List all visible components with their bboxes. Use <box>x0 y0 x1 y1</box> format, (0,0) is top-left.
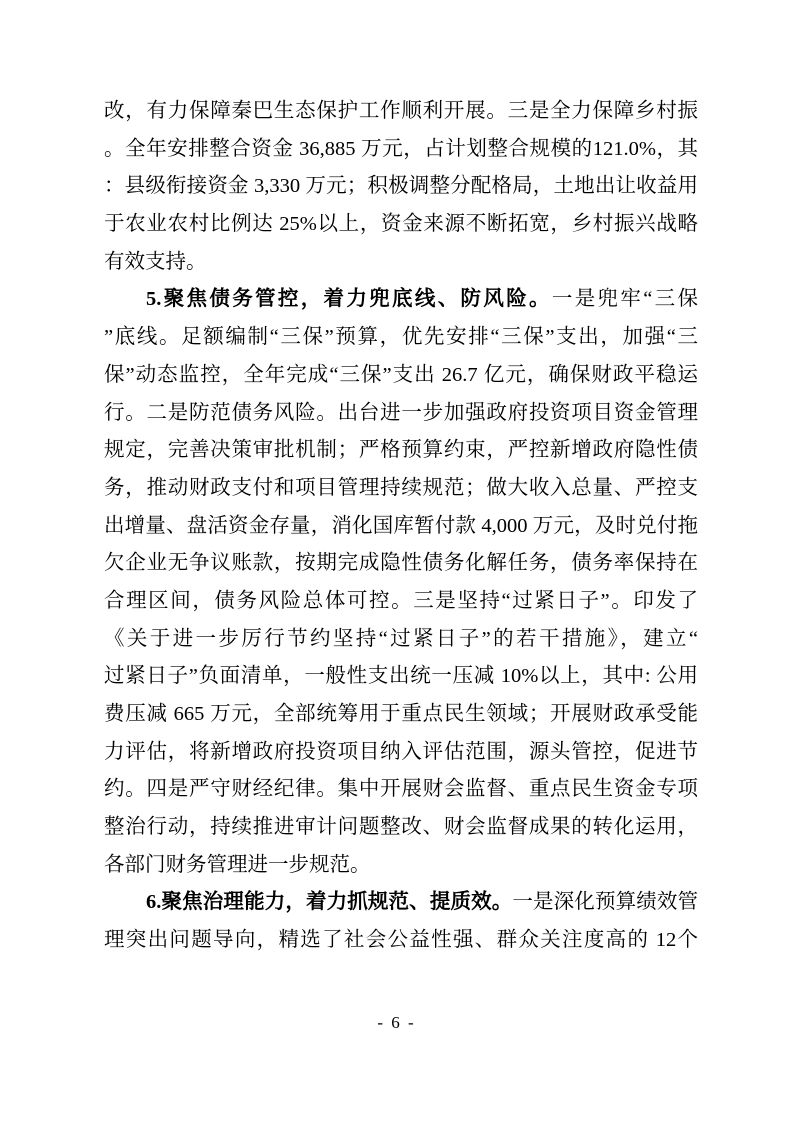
text-line: 合理区间，债务风险总体可控。三是坚持“过紧日子”。印发了 <box>104 583 698 621</box>
text-segment: 。全年安排整合资金 36,885 万元，占计划整合规模的121.0%，其中 <box>104 138 698 169</box>
text-line: 《关于进一步厉行节约坚持“过紧日子”的若干措施》，建立“ <box>104 621 698 659</box>
text-line: 。全年安排整合资金 36,885 万元，占计划整合规模的121.0%，其中 <box>104 131 698 169</box>
text-line: 力评估，将新增政府投资项目纳入评估范围，源头管控，促进节 <box>104 734 698 772</box>
text-segment: 约。四是严守财经纪律。集中开展财会监督、重点民生资金专项 <box>104 778 698 800</box>
text-segment: 有效支持。 <box>104 251 207 273</box>
text-segment: 改，有力保障秦巴生态保护工作顺利开展。三是全力保障乡村振兴 <box>104 100 698 131</box>
text-segment: 出增量、盘活资金存量，消化国库暂付款 4,000 万元，及时兑付拖 <box>104 515 698 537</box>
text-line: 规定，完善决策审批机制；严格预算约束，严控新增政府隐性债 <box>104 432 698 470</box>
text-line: 保”动态监控，全年完成“三保”支出 26.7 亿元，确保财政平稳运 <box>104 357 698 395</box>
text-segment: ：县级衔接资金 3,330 万元；积极调整分配格局，土地出让收益用 <box>104 175 698 197</box>
text-line: 费压减 665 万元，全部统筹用于重点民生领域；开展财政承受能 <box>104 696 698 734</box>
text-segment: 欠企业无争议账款，按期完成隐性债务化解任务，债务率保持在 <box>104 552 698 574</box>
text-segment: ”底线。足额编制“三保”预算，优先安排“三保”支出，加强“三 <box>104 326 698 348</box>
text-line: 6.聚焦治理能力，着力抓规范、提质效。一是深化预算绩效管 <box>104 884 698 922</box>
text-line: 有效支持。 <box>104 244 698 282</box>
heading-segment: 6.聚焦治理能力，着力抓规范、提质效。 <box>146 891 512 913</box>
text-line: ”底线。足额编制“三保”预算，优先安排“三保”支出，加强“三 <box>104 319 698 357</box>
page-number: - 6 - <box>377 1013 415 1032</box>
text-segment: 整治行动，持续推进审计问题整改、财会监督成果的转化运用， <box>104 816 698 838</box>
text-line: 理突出问题导向，精选了社会公益性强、群众关注度高的 12个 <box>104 922 698 960</box>
text-segment: 各部门财务管理进一步规范。 <box>104 854 371 876</box>
text-line: 行。二是防范债务风险。出台进一步加强政府投资项目资金管理 <box>104 395 698 433</box>
text-line: 务，推动财政支付和项目管理持续规范；做大收入总量、严控支 <box>104 470 698 508</box>
text-line: 于农业农村比例达 25%以上，资金来源不断拓宽，乡村振兴战略得到 <box>104 206 698 244</box>
text-line: 过紧日子”负面清单，一般性支出统一压减 10%以上，其中: 公用经 <box>104 658 698 696</box>
text-line: 改，有力保障秦巴生态保护工作顺利开展。三是全力保障乡村振兴 <box>104 93 698 131</box>
text-segment: 力评估，将新增政府投资项目纳入评估范围，源头管控，促进节 <box>104 741 698 763</box>
text-line: 5.聚焦债务管控，着力兜底线、防风险。一是兜牢“三保 <box>104 281 698 319</box>
text-line: 整治行动，持续推进审计问题整改、财会监督成果的转化运用， <box>104 809 698 847</box>
text-line: 各部门财务管理进一步规范。 <box>104 847 698 885</box>
text-line: ：县级衔接资金 3,330 万元；积极调整分配格局，土地出让收益用 <box>104 168 698 206</box>
document-page: 改，有力保障秦巴生态保护工作顺利开展。三是全力保障乡村振兴。全年安排整合资金 3… <box>0 0 793 1122</box>
text-segment: 规定，完善决策审批机制；严格预算约束，严控新增政府隐性债 <box>104 439 698 461</box>
text-segment: 《关于进一步厉行节约坚持“过紧日子”的若干措施》，建立“ <box>104 628 698 650</box>
text-segment: 合理区间，债务风险总体可控。三是坚持“过紧日子”。印发了 <box>104 590 698 612</box>
text-segment: 保”动态监控，全年完成“三保”支出 26.7 亿元，确保财政平稳运 <box>104 364 698 386</box>
text-segment: 过紧日子”负面清单，一般性支出统一压减 10%以上，其中: 公用经 <box>104 665 698 696</box>
text-line: 出增量、盘活资金存量，消化国库暂付款 4,000 万元，及时兑付拖 <box>104 508 698 546</box>
text-segment: 务，推动财政支付和项目管理持续规范；做大收入总量、严控支 <box>104 477 698 499</box>
text-block: 改，有力保障秦巴生态保护工作顺利开展。三是全力保障乡村振兴。全年安排整合资金 3… <box>104 93 698 960</box>
heading-segment: 5.聚焦债务管控，着力兜底线、防风险。 <box>146 288 552 310</box>
text-segment: 理突出问题导向，精选了社会公益性强、群众关注度高的 12个 <box>104 929 698 951</box>
text-line: 约。四是严守财经纪律。集中开展财会监督、重点民生资金专项 <box>104 771 698 809</box>
text-line: 欠企业无争议账款，按期完成隐性债务化解任务，债务率保持在 <box>104 545 698 583</box>
text-segment: 行。二是防范债务风险。出台进一步加强政府投资项目资金管理 <box>104 402 698 424</box>
text-segment: 一是深化预算绩效管 <box>512 891 698 913</box>
text-segment: 费压减 665 万元，全部统筹用于重点民生领域；开展财政承受能 <box>104 703 698 725</box>
text-segment: 于农业农村比例达 25%以上，资金来源不断拓宽，乡村振兴战略得到 <box>104 213 698 244</box>
text-segment: 一是兜牢“三保 <box>552 288 698 310</box>
page-footer: - 6 - <box>0 1010 793 1036</box>
